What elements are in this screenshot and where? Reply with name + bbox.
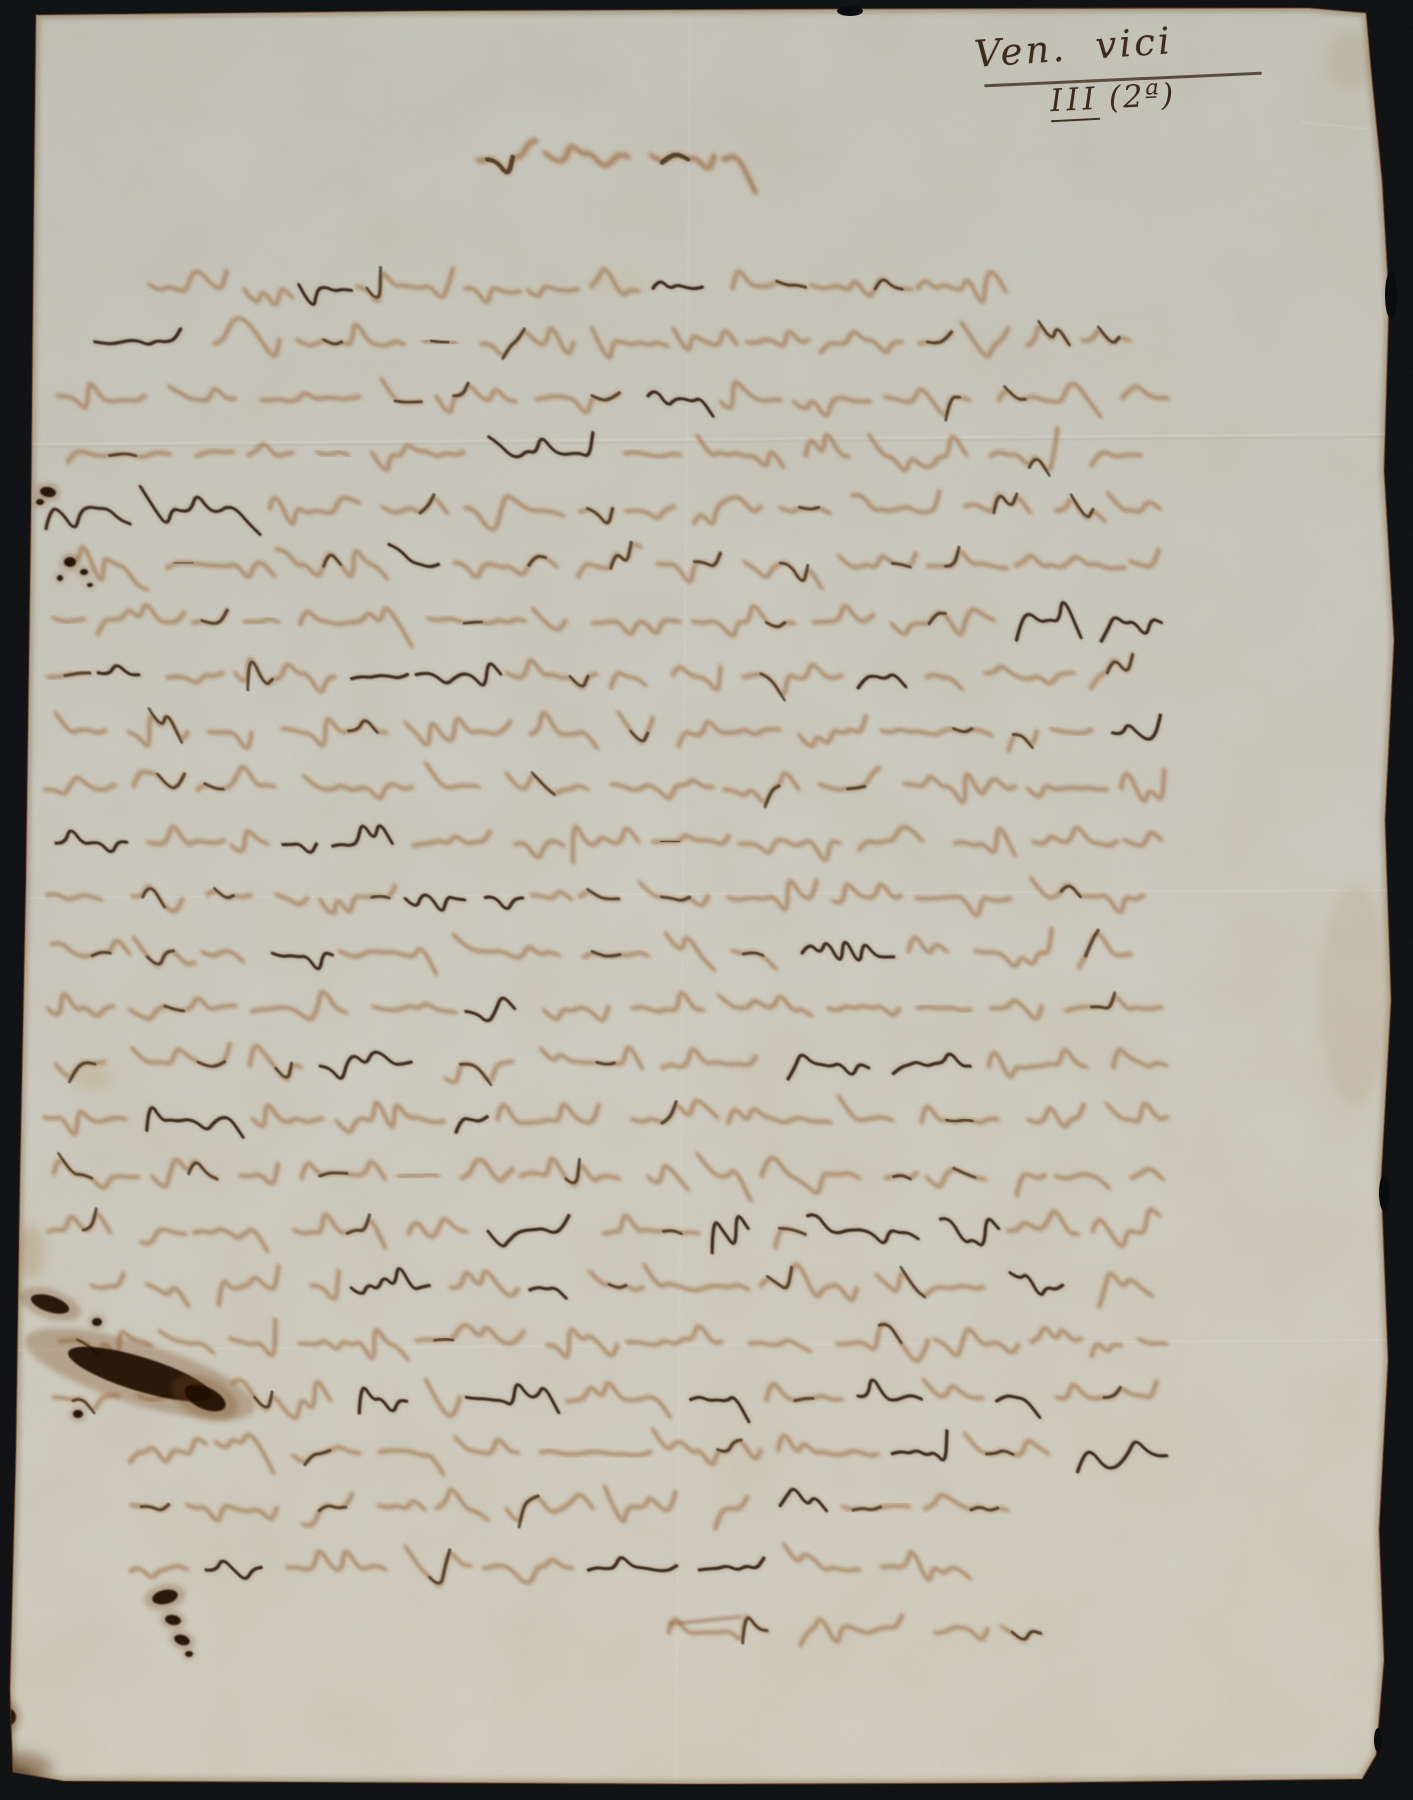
annotation-part-number: (2ª)	[1108, 77, 1176, 116]
annotation-roman-numeral: III	[1049, 81, 1100, 122]
scan-viewport: Ven. vici III(2ª)	[0, 0, 1413, 1800]
archival-annotation-line2: III(2ª)	[1049, 77, 1176, 120]
letter-scan	[0, 0, 1413, 1800]
letter-paper	[0, 0, 1413, 1800]
